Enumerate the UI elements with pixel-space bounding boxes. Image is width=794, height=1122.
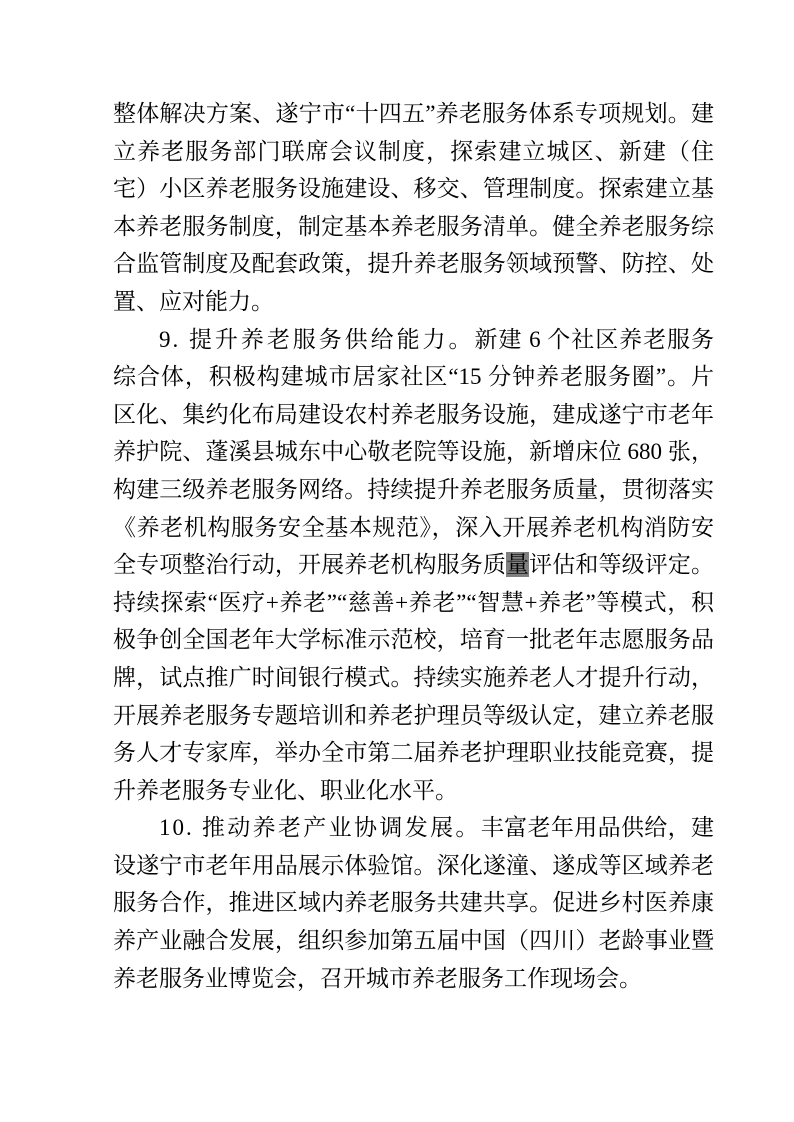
highlighted-character: 量 — [506, 552, 529, 577]
paragraph-continuation: 整体解决方案、遂宁市“十四五”养老服务体系专项规划。建立养老服务部门联席会议制度… — [113, 95, 714, 321]
item-9-heading: 9. 提升养老服务供给能力。 — [159, 327, 474, 352]
item-10-body: 丰富老年用品供给，建设遂宁市老年用品展示体验馆。深化遂潼、遂成等区域养老服务合作… — [113, 815, 714, 990]
document-page: 整体解决方案、遂宁市“十四五”养老服务体系专项规划。建立养老服务部门联席会议制度… — [0, 0, 794, 1122]
document-canvas: { "page": { "background": "#ffffff", "te… — [0, 0, 794, 1122]
item-9-body-after-highlight: 评估和等级评定。持续探索“医疗+养老”“慈善+养老”“智慧+养老”等模式，积极争… — [113, 552, 714, 803]
paragraph-item-9: 9. 提升养老服务供给能力。新建 6 个社区养老服务综合体，积极构建城市居家社区… — [113, 321, 714, 810]
paragraph-item-10: 10. 推动养老产业协调发展。丰富老年用品供给，建设遂宁市老年用品展示体验馆。深… — [113, 809, 714, 997]
item-9-body-before-highlight: 新建 6 个社区养老服务综合体，积极构建城市居家社区“15 分钟养老服务圈”。片… — [113, 327, 714, 578]
item-10-heading: 10. 推动养老产业协调发展。 — [159, 815, 481, 840]
